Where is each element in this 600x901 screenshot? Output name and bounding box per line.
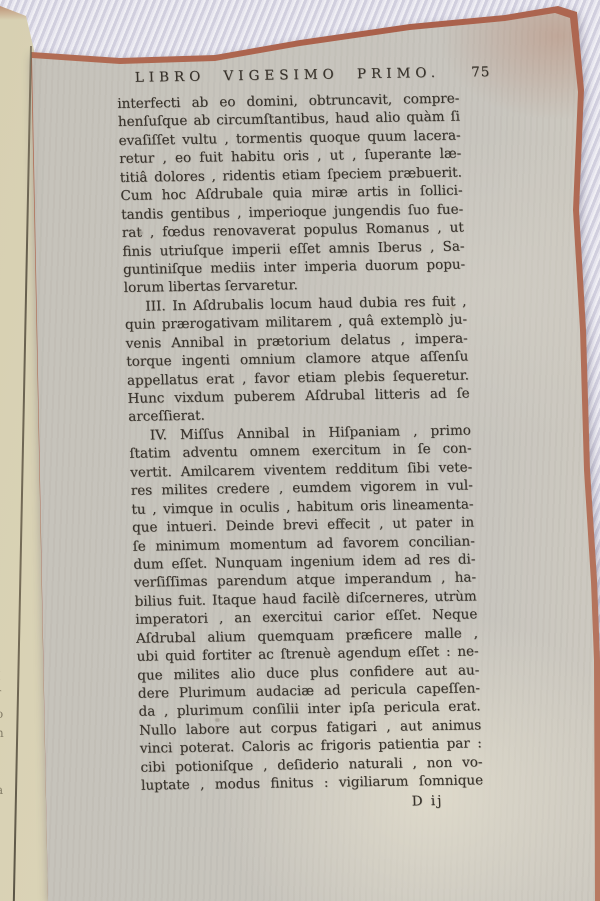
running-head: LIBRO VIGESIMO PRIMO. 75 bbox=[116, 61, 459, 95]
printed-text-block: LIBRO VIGESIMO PRIMO. 75 interfecti ab e… bbox=[116, 61, 484, 816]
book-title: LIBRO VIGESIMO PRIMO. bbox=[135, 65, 441, 86]
page-number: 75 bbox=[471, 60, 491, 84]
body-text: interfecti ab eo domini, obtruncavit, co… bbox=[117, 90, 483, 796]
